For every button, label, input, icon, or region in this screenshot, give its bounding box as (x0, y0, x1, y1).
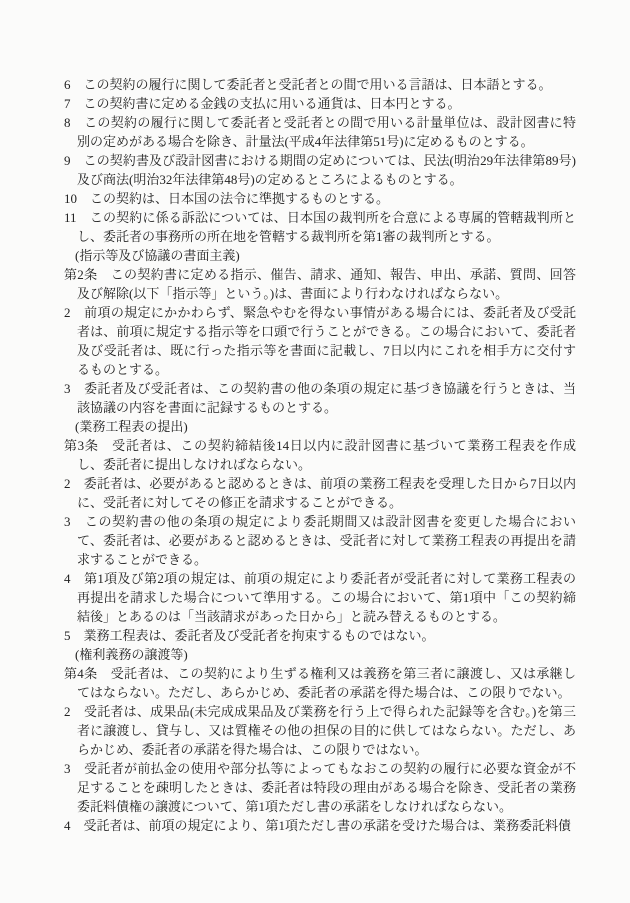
numbered-paragraph: 2 委託者は、必要があると認めるときは、前項の業務工程表を受理した日から7日以内… (64, 474, 576, 512)
numbered-paragraph: 3 この契約書の他の条項の規定により委託期間又は設計図書を変更した場合において、… (64, 512, 576, 569)
numbered-paragraph: 3 委託者及び受託者は、この契約書の他の条項の規定に基づき協議を行うときは、当該… (64, 379, 576, 417)
section-caption: (指示等及び協議の書面主義) (64, 246, 576, 265)
numbered-paragraph: 5 業務工程表は、委託者及び受託者を拘束するものではない。 (64, 626, 576, 645)
numbered-paragraph: 2 受託者は、成果品(未完成成果品及び業務を行う上で得られた記録等を含む。)を第… (64, 702, 576, 759)
paragraph-number: 11 (64, 210, 77, 225)
caption-text: (指示等及び協議の書面主義) (75, 248, 240, 263)
paragraph-number: 3 (64, 514, 71, 529)
article-number: 第3条 (64, 438, 98, 453)
paragraph-number: 4 (64, 571, 71, 586)
contract-page: 6 この契約の履行に関して委託者と受託者との間で用いる言語は、日本語とする。7 … (0, 0, 630, 903)
paragraph-text: 受託者が前払金の使用や部分払等によってもなおこの契約の履行に必要な資金が不足する… (77, 761, 576, 814)
article-paragraph: 第4条 受託者は、この契約により生ずる権利又は義務を第三者に譲渡し、又は承継して… (64, 664, 576, 702)
paragraph-number: 9 (64, 153, 71, 168)
paragraph-number: 3 (64, 761, 71, 776)
paragraph-text: この契約の履行に関して委託者と受託者との間で用いる言語は、日本語とする。 (84, 77, 552, 92)
article-number: 第4条 (64, 666, 97, 681)
paragraph-text: この契約書及び設計図書における期間の定めについては、民法(明治29年法律第89号… (77, 153, 576, 187)
numbered-paragraph: 7 この契約書に定める金銭の支払に用いる通貨は、日本円とする。 (64, 94, 576, 113)
numbered-paragraph: 6 この契約の履行に関して委託者と受託者との間で用いる言語は、日本語とする。 (64, 75, 576, 94)
numbered-paragraph: 10 この契約は、日本国の法令に準拠するものとする。 (64, 189, 576, 208)
paragraph-text: この契約の履行に関して委託者と受託者との間で用いる計量単位は、設計図書に特別の定… (77, 115, 576, 149)
paragraph-number: 6 (64, 77, 71, 92)
paragraph-text: 委託者は、必要があると認めるときは、前項の業務工程表を受理した日から7日以内に、… (77, 476, 576, 510)
paragraph-number: 2 (64, 704, 71, 719)
paragraph-text: この契約書に定める指示、催告、請求、通知、報告、申出、承諾、質問、回答及び解除(… (77, 267, 576, 301)
paragraph-number: 4 (64, 818, 71, 833)
caption-text: (権利義務の譲渡等) (75, 647, 188, 662)
paragraph-text: この契約書の他の条項の規定により委託期間又は設計図書を変更した場合において、委託… (77, 514, 576, 567)
contract-text-block: 6 この契約の履行に関して委託者と受託者との間で用いる言語は、日本語とする。7 … (64, 75, 576, 835)
paragraph-number: 2 (64, 476, 71, 491)
numbered-paragraph: 8 この契約の履行に関して委託者と受託者との間で用いる計量単位は、設計図書に特別… (64, 113, 576, 151)
paragraph-text: 前項の規定にかかわらず、緊急やむを得ない事情がある場合には、委託者及び受託者は、… (77, 305, 576, 377)
paragraph-text: 受託者は、この契約により生ずる権利又は義務を第三者に譲渡し、又は承継してはならな… (77, 666, 576, 700)
paragraph-number: 3 (64, 381, 71, 396)
paragraph-text: この契約書に定める金銭の支払に用いる通貨は、日本円とする。 (84, 96, 461, 111)
paragraph-text: 業務工程表は、委託者及び受託者を拘束するものではない。 (84, 628, 435, 643)
paragraph-number: 10 (64, 191, 77, 206)
paragraph-number: 8 (64, 115, 71, 130)
numbered-paragraph: 4 受託者は、前項の規定により、第1項ただし書の承諾を受けた場合は、業務委託料債 (64, 816, 576, 835)
numbered-paragraph: 4 第1項及び第2項の規定は、前項の規定により委託者が受託者に対して業務工程表の… (64, 569, 576, 626)
paragraph-number: 7 (64, 96, 71, 111)
paragraph-number: 2 (64, 305, 71, 320)
section-caption: (業務工程表の提出) (64, 417, 576, 436)
article-number: 第2条 (64, 267, 97, 282)
article-paragraph: 第3条 受託者は、この契約締結後14日以内に設計図書に基づいて業務工程表を作成し… (64, 436, 576, 474)
paragraph-text: 委託者及び受託者は、この契約書の他の条項の規定に基づき協議を行うときは、当該協議… (77, 381, 576, 415)
paragraph-text: この契約は、日本国の法令に準拠するものとする。 (90, 191, 389, 206)
numbered-paragraph: 3 受託者が前払金の使用や部分払等によってもなおこの契約の履行に必要な資金が不足… (64, 759, 576, 816)
paragraph-text: 受託者は、この契約締結後14日以内に設計図書に基づいて業務工程表を作成し、委託者… (77, 438, 576, 472)
paragraph-text: 第1項及び第2項の規定は、前項の規定により委託者が受託者に対して業務工程表の再提… (77, 571, 576, 624)
section-caption: (権利義務の譲渡等) (64, 645, 576, 664)
numbered-paragraph: 11 この契約に係る訴訟については、日本国の裁判所を合意による専属的管轄裁判所と… (64, 208, 576, 246)
paragraph-text: 受託者は、成果品(未完成成果品及び業務を行う上で得られた記録等を含む。)を第三者… (77, 704, 576, 757)
caption-text: (業務工程表の提出) (75, 419, 188, 434)
paragraph-text: 受託者は、前項の規定により、第1項ただし書の承諾を受けた場合は、業務委託料債 (84, 818, 572, 833)
numbered-paragraph: 9 この契約書及び設計図書における期間の定めについては、民法(明治29年法律第8… (64, 151, 576, 189)
article-paragraph: 第2条 この契約書に定める指示、催告、請求、通知、報告、申出、承諾、質問、回答及… (64, 265, 576, 303)
paragraph-number: 5 (64, 628, 71, 643)
numbered-paragraph: 2 前項の規定にかかわらず、緊急やむを得ない事情がある場合には、委託者及び受託者… (64, 303, 576, 379)
paragraph-text: この契約に係る訴訟については、日本国の裁判所を合意による専属的管轄裁判所とし、委… (77, 210, 576, 244)
